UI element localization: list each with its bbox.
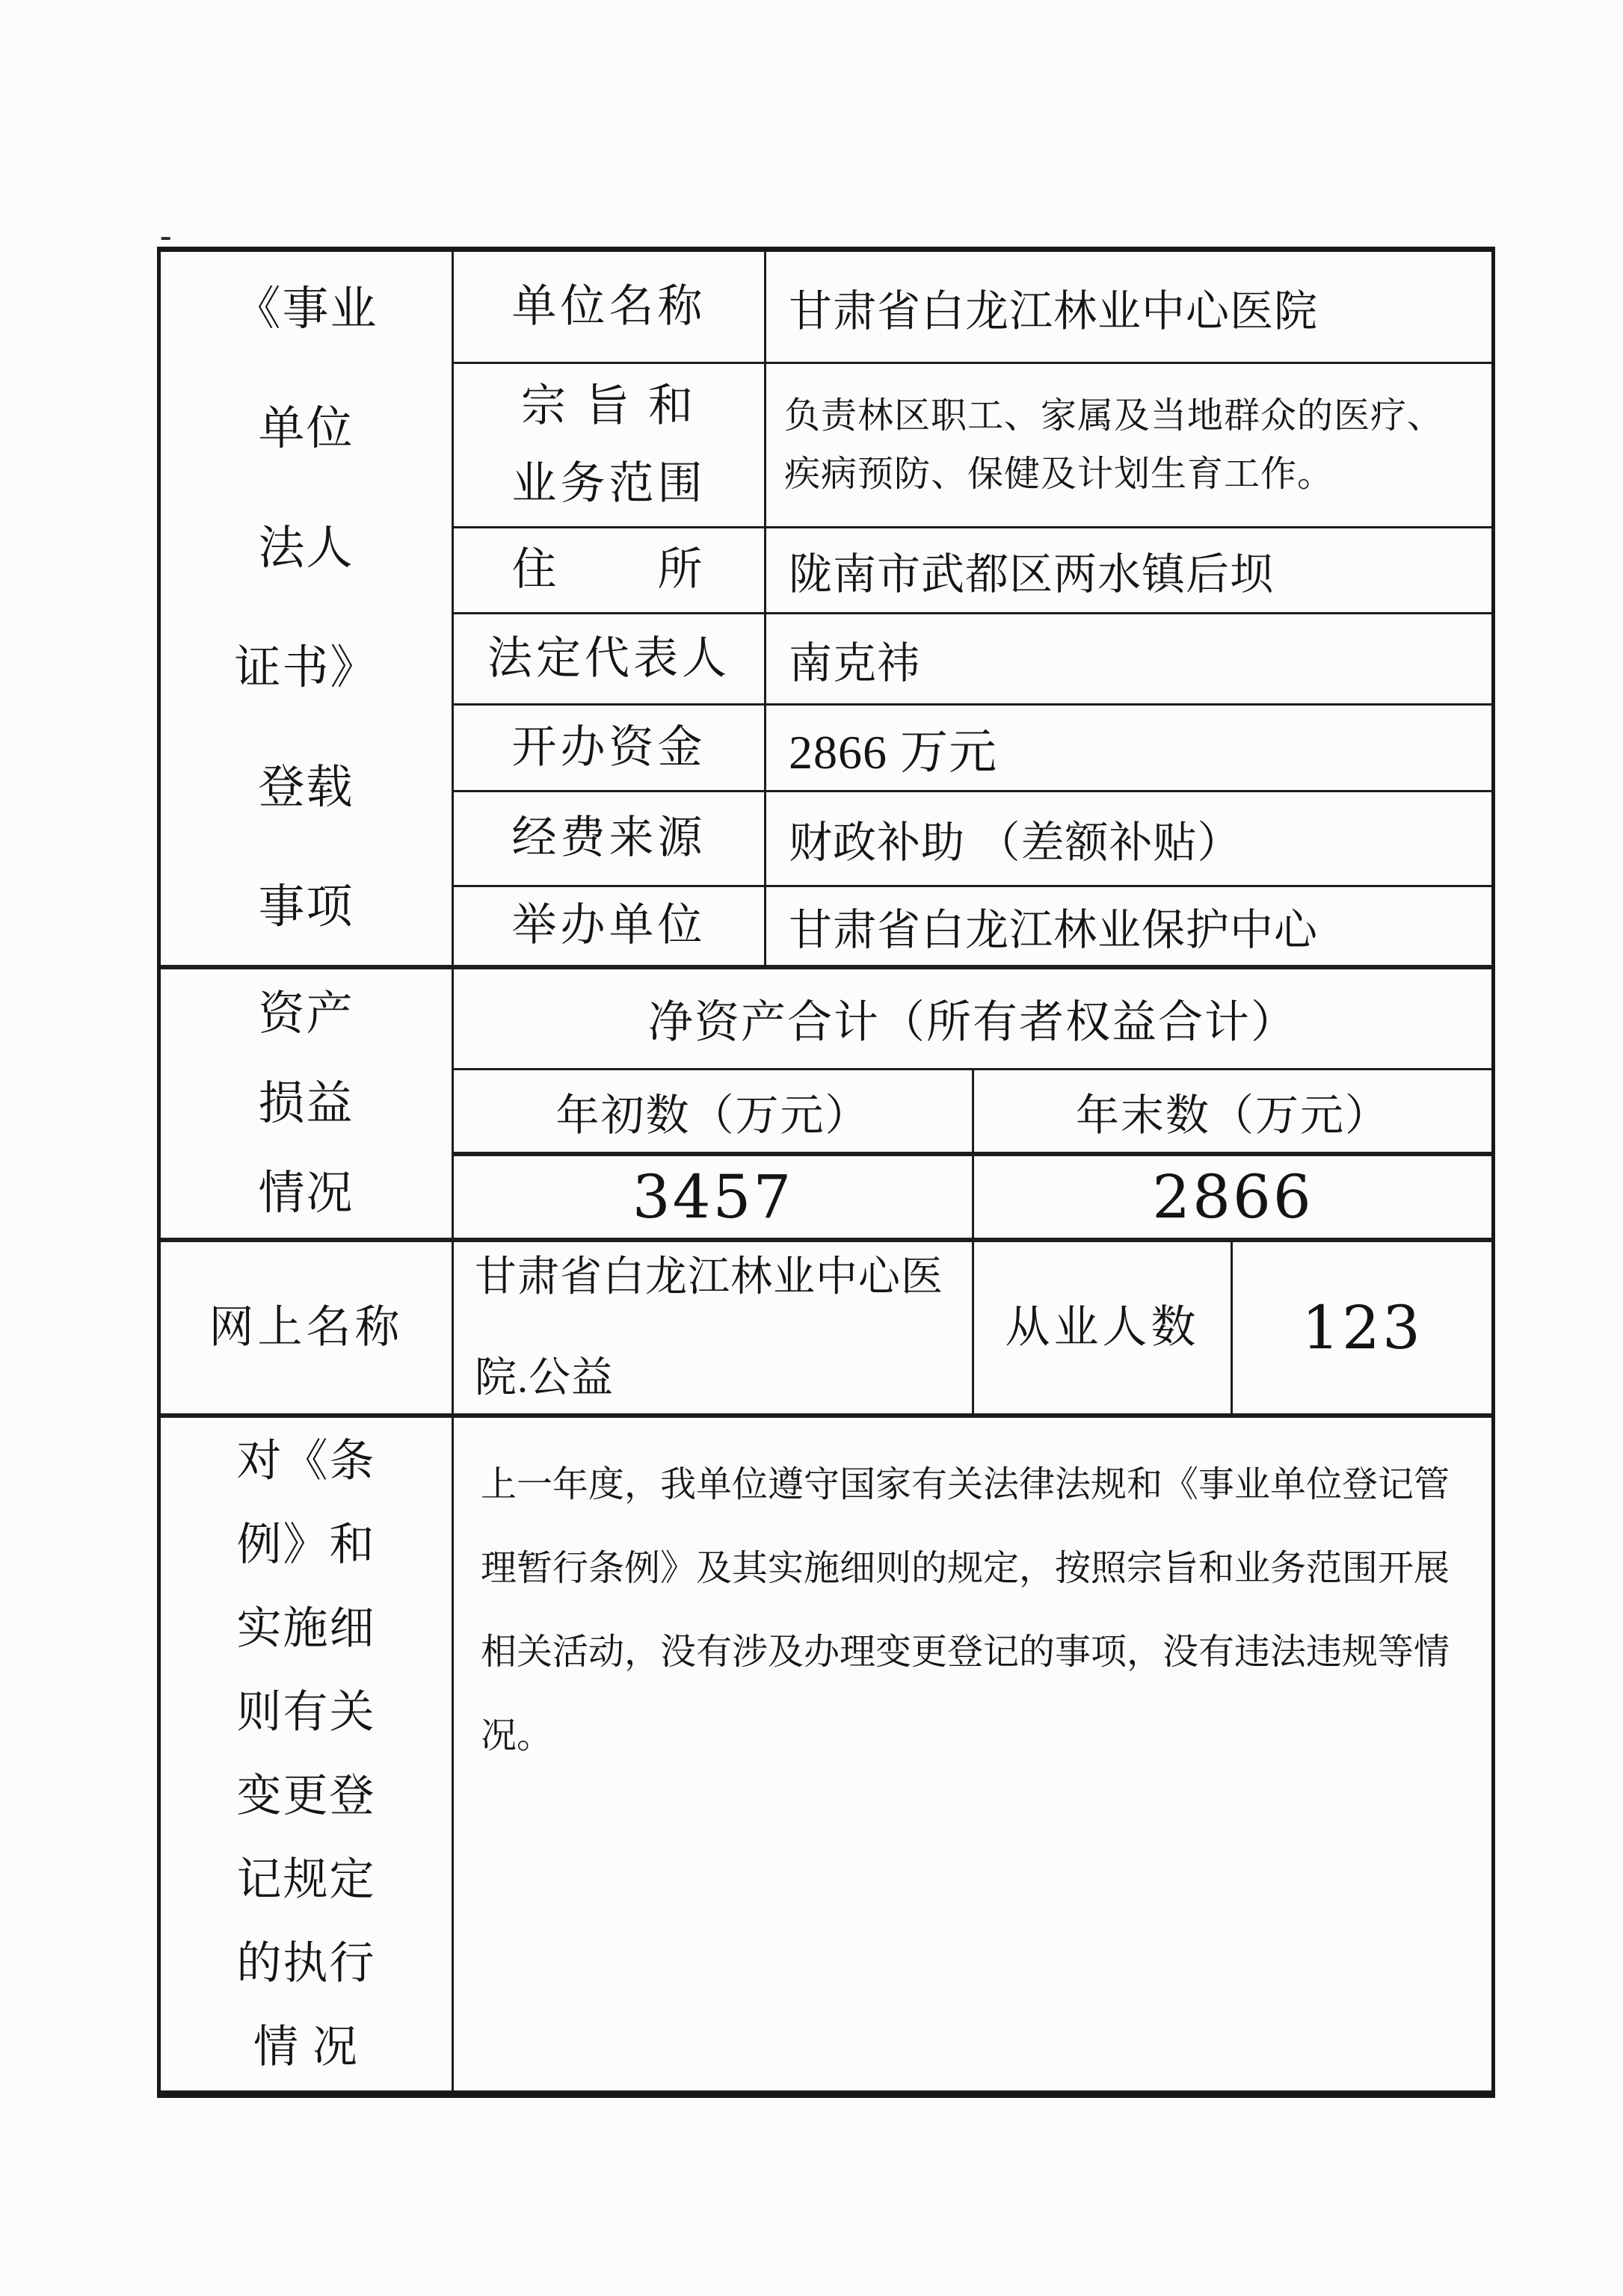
purpose-scope-label: 宗 旨 和 业务范围 [454,364,766,528]
compliance-section-label: 对《条 例》和 实施细 则有关 变更登 记规定 的执行 情 况 [161,1418,454,2090]
scanned-document-page: - 《事业 单位 法人 证书》 登载 事项 单位名称 甘肃省白龙江林业中心医院 … [0,0,1623,2296]
organizer-label: 举办单位 [454,887,766,969]
address-value: 陇南市武都区两水镇后坝 [766,528,1491,614]
assets-section-label: 资产 损益 情况 [161,969,454,1242]
purpose-scope-value: 负责林区职工、家属及当地群众的医疗、 疾病预防、保健及计划生育工作。 [766,364,1491,528]
organizer-value: 甘肃省白龙江林业保护中心 [766,887,1491,969]
opening-capital-value: 2866 万元 [766,706,1491,792]
funding-source-label: 经费来源 [454,792,766,887]
certificate-section-label: 《事业 单位 法人 证书》 登载 事项 [161,252,454,969]
address-label: 住 所 [454,528,766,614]
staff-count-label: 从业人数 [974,1242,1233,1418]
unit-name-value: 甘肃省白龙江林业中心医院 [766,252,1491,364]
funding-source-value: 财政补助 （差额补贴） [766,792,1491,887]
year-end-header: 年末数（万元） [974,1070,1491,1156]
legal-representative-value: 南克祎 [766,614,1491,706]
year-end-value: 2866 [974,1156,1491,1242]
year-start-header: 年初数（万元） [454,1070,974,1156]
online-name-label: 网上名称 [161,1242,454,1418]
staff-count-value: 123 [1233,1242,1491,1418]
registration-form-table: 《事业 单位 法人 证书》 登载 事项 单位名称 甘肃省白龙江林业中心医院 宗 … [157,247,1495,2098]
opening-capital-label: 开办资金 [454,706,766,792]
net-assets-header: 净资产合计（所有者权益合计） [454,969,1491,1070]
legal-representative-label: 法定代表人 [454,614,766,706]
online-name-value: 甘肃省白龙江林业中心医 院.公益 [454,1242,974,1418]
compliance-statement-text: 上一年度，我单位遵守国家有关法律法规和《事业单位登记管 理暂行条例》及其实施细则… [454,1418,1491,2090]
unit-name-label: 单位名称 [454,252,766,364]
